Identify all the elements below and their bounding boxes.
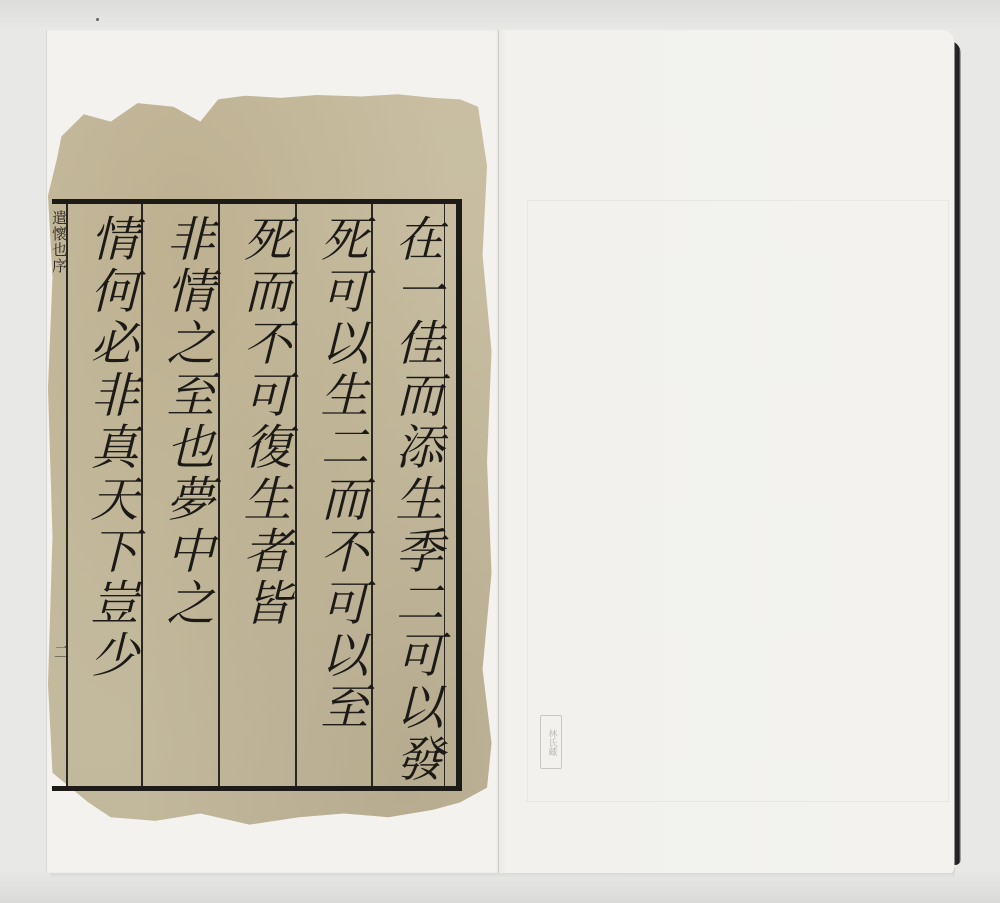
text-column-4: 非情之至也夢中之: [150, 214, 222, 630]
right-page-blank: 林氏藏: [498, 30, 954, 873]
seal-text: 林氏藏: [546, 729, 557, 756]
printed-text-frame: 遣懷也序 二 在一佳而添生季二可以發 死可以生二而不可以至 死而不可復生者皆 非…: [52, 199, 462, 791]
text-column-2: 死可以生二而不可以至: [304, 214, 376, 734]
margin-title: 遣懷也序: [49, 210, 70, 274]
text-column-1: 在一佳而添生季二可以發: [379, 214, 451, 786]
text-column-3: 死而不可復生者皆: [227, 214, 299, 630]
surface-speck: [96, 18, 99, 21]
column-rule: [66, 204, 68, 786]
collector-seal: 林氏藏: [540, 715, 562, 769]
page-number: 二: [51, 644, 72, 659]
text-column-5: 情何必非真天下豈少: [74, 214, 146, 682]
show-through-frame: [527, 200, 949, 802]
